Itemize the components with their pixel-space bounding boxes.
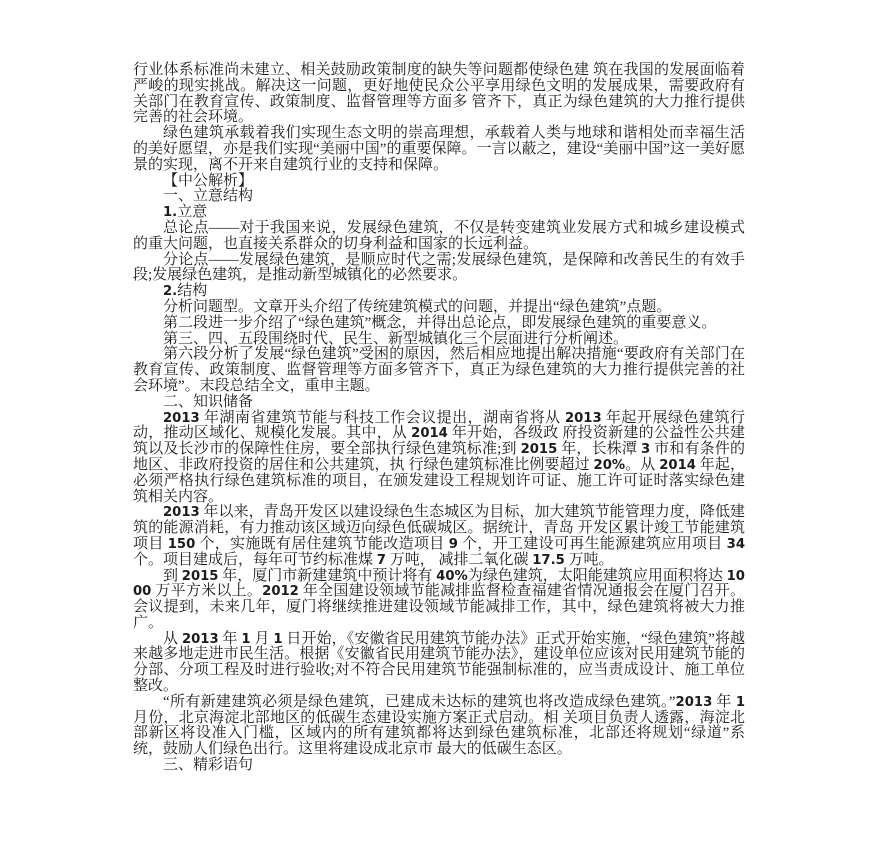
numeric-value: 2013 <box>676 695 713 710</box>
numeric-value: 17.5 <box>532 553 565 568</box>
body-paragraph: 分论点——发展绿色建筑，是顺应时代之需;发展绿色建筑，是保障和改善民生的有效手段… <box>133 253 745 285</box>
body-paragraph: 第三、四、五段围绕时代、民生、新型城镇化三个层面进行分析阐述。 <box>133 332 745 348</box>
body-paragraph: 第二段进一步介绍了“绿色建筑”概念，并得出总论点，即发展绿色建筑的重要意义。 <box>133 316 745 332</box>
numeric-value: 34 <box>727 537 745 552</box>
body-paragraph: 到 2015 年，厦门市新建建筑中预计将有 40%为绿色建筑，太阳能建筑应用面积… <box>133 569 745 632</box>
body-paragraph: 第六段分析了发展“绿色建筑”受困的原因，然后相应地提出解决措施“要政府有关部门在… <box>133 347 745 394</box>
numeric-value: 1 <box>736 695 745 710</box>
heading-paragraph: 1.立意 <box>133 205 745 221</box>
body-paragraph: 2013 年湖南省建筑节能与科技工作会议提出，湖南省将从 2013 年起开展绿色… <box>133 411 745 506</box>
numeric-value: 7 <box>377 553 386 568</box>
numeric-value: 2013 <box>565 411 602 426</box>
numeric-value: 2013 <box>163 411 200 426</box>
heading-paragraph: 二、知识储备 <box>133 395 745 411</box>
document-body: 行业体系标准尚未建立、相关鼓励政策制度的缺失等问题都使绿色建 筑在我国的发展面临… <box>133 63 745 774</box>
body-paragraph: 绿色建筑承载着我们实现生态文明的崇高理想，承载着人类与地球和谐相处而幸福生活的美… <box>133 126 745 173</box>
numeric-value: 150 <box>168 537 196 552</box>
numeric-value: 2014 <box>411 426 448 441</box>
numeric-value: 20% <box>594 458 626 473</box>
numeric-value: 1 <box>241 632 250 647</box>
numeric-value: 9 <box>449 537 458 552</box>
numeric-value: 2015 <box>521 442 558 457</box>
body-paragraph: 行业体系标准尚未建立、相关鼓励政策制度的缺失等问题都使绿色建 筑在我国的发展面临… <box>133 63 745 126</box>
numeric-value: 2013 <box>163 505 200 520</box>
numeric-value: 2012 <box>262 584 299 599</box>
heading-paragraph: 一、立意结构 <box>133 189 745 205</box>
body-paragraph: “所有新建建筑必须是绿色建筑，已建成未达标的建筑也将改造成绿色建筑。”2013 … <box>133 695 745 758</box>
numeric-value: 2015 <box>182 569 219 584</box>
numeric-value: 1. <box>163 205 177 220</box>
heading-paragraph: 【中公解析】 <box>133 174 745 190</box>
body-paragraph: 分析问题型。文章开头介绍了传统建筑模式的问题，并提出“绿色建筑”点题。 <box>133 300 745 316</box>
numeric-value: 1 <box>273 632 282 647</box>
numeric-value: 2. <box>163 284 177 299</box>
numeric-value: 2014 <box>659 458 696 473</box>
body-paragraph: 从 2013 年 1 月 1 日开始，《安徽省民用建筑节能办法》正式开始实施，“… <box>133 632 745 695</box>
document-page: 行业体系标准尚未建立、相关鼓励政策制度的缺失等问题都使绿色建 筑在我国的发展面临… <box>0 0 870 842</box>
heading-paragraph: 三、精彩语句 <box>133 758 745 774</box>
numeric-value: 3 <box>641 442 650 457</box>
numeric-value: 40% <box>436 569 468 584</box>
body-paragraph: 总论点——对于我国来说，发展绿色建筑，不仅是转变建筑业发展方式和城乡建设模式的重… <box>133 221 745 253</box>
heading-paragraph: 2.结构 <box>133 284 745 300</box>
body-paragraph: 2013 年以来，青岛开发区以建设绿色生态城区为目标，加大建筑节能管理力度，降低… <box>133 505 745 568</box>
numeric-value: 2013 <box>182 632 219 647</box>
